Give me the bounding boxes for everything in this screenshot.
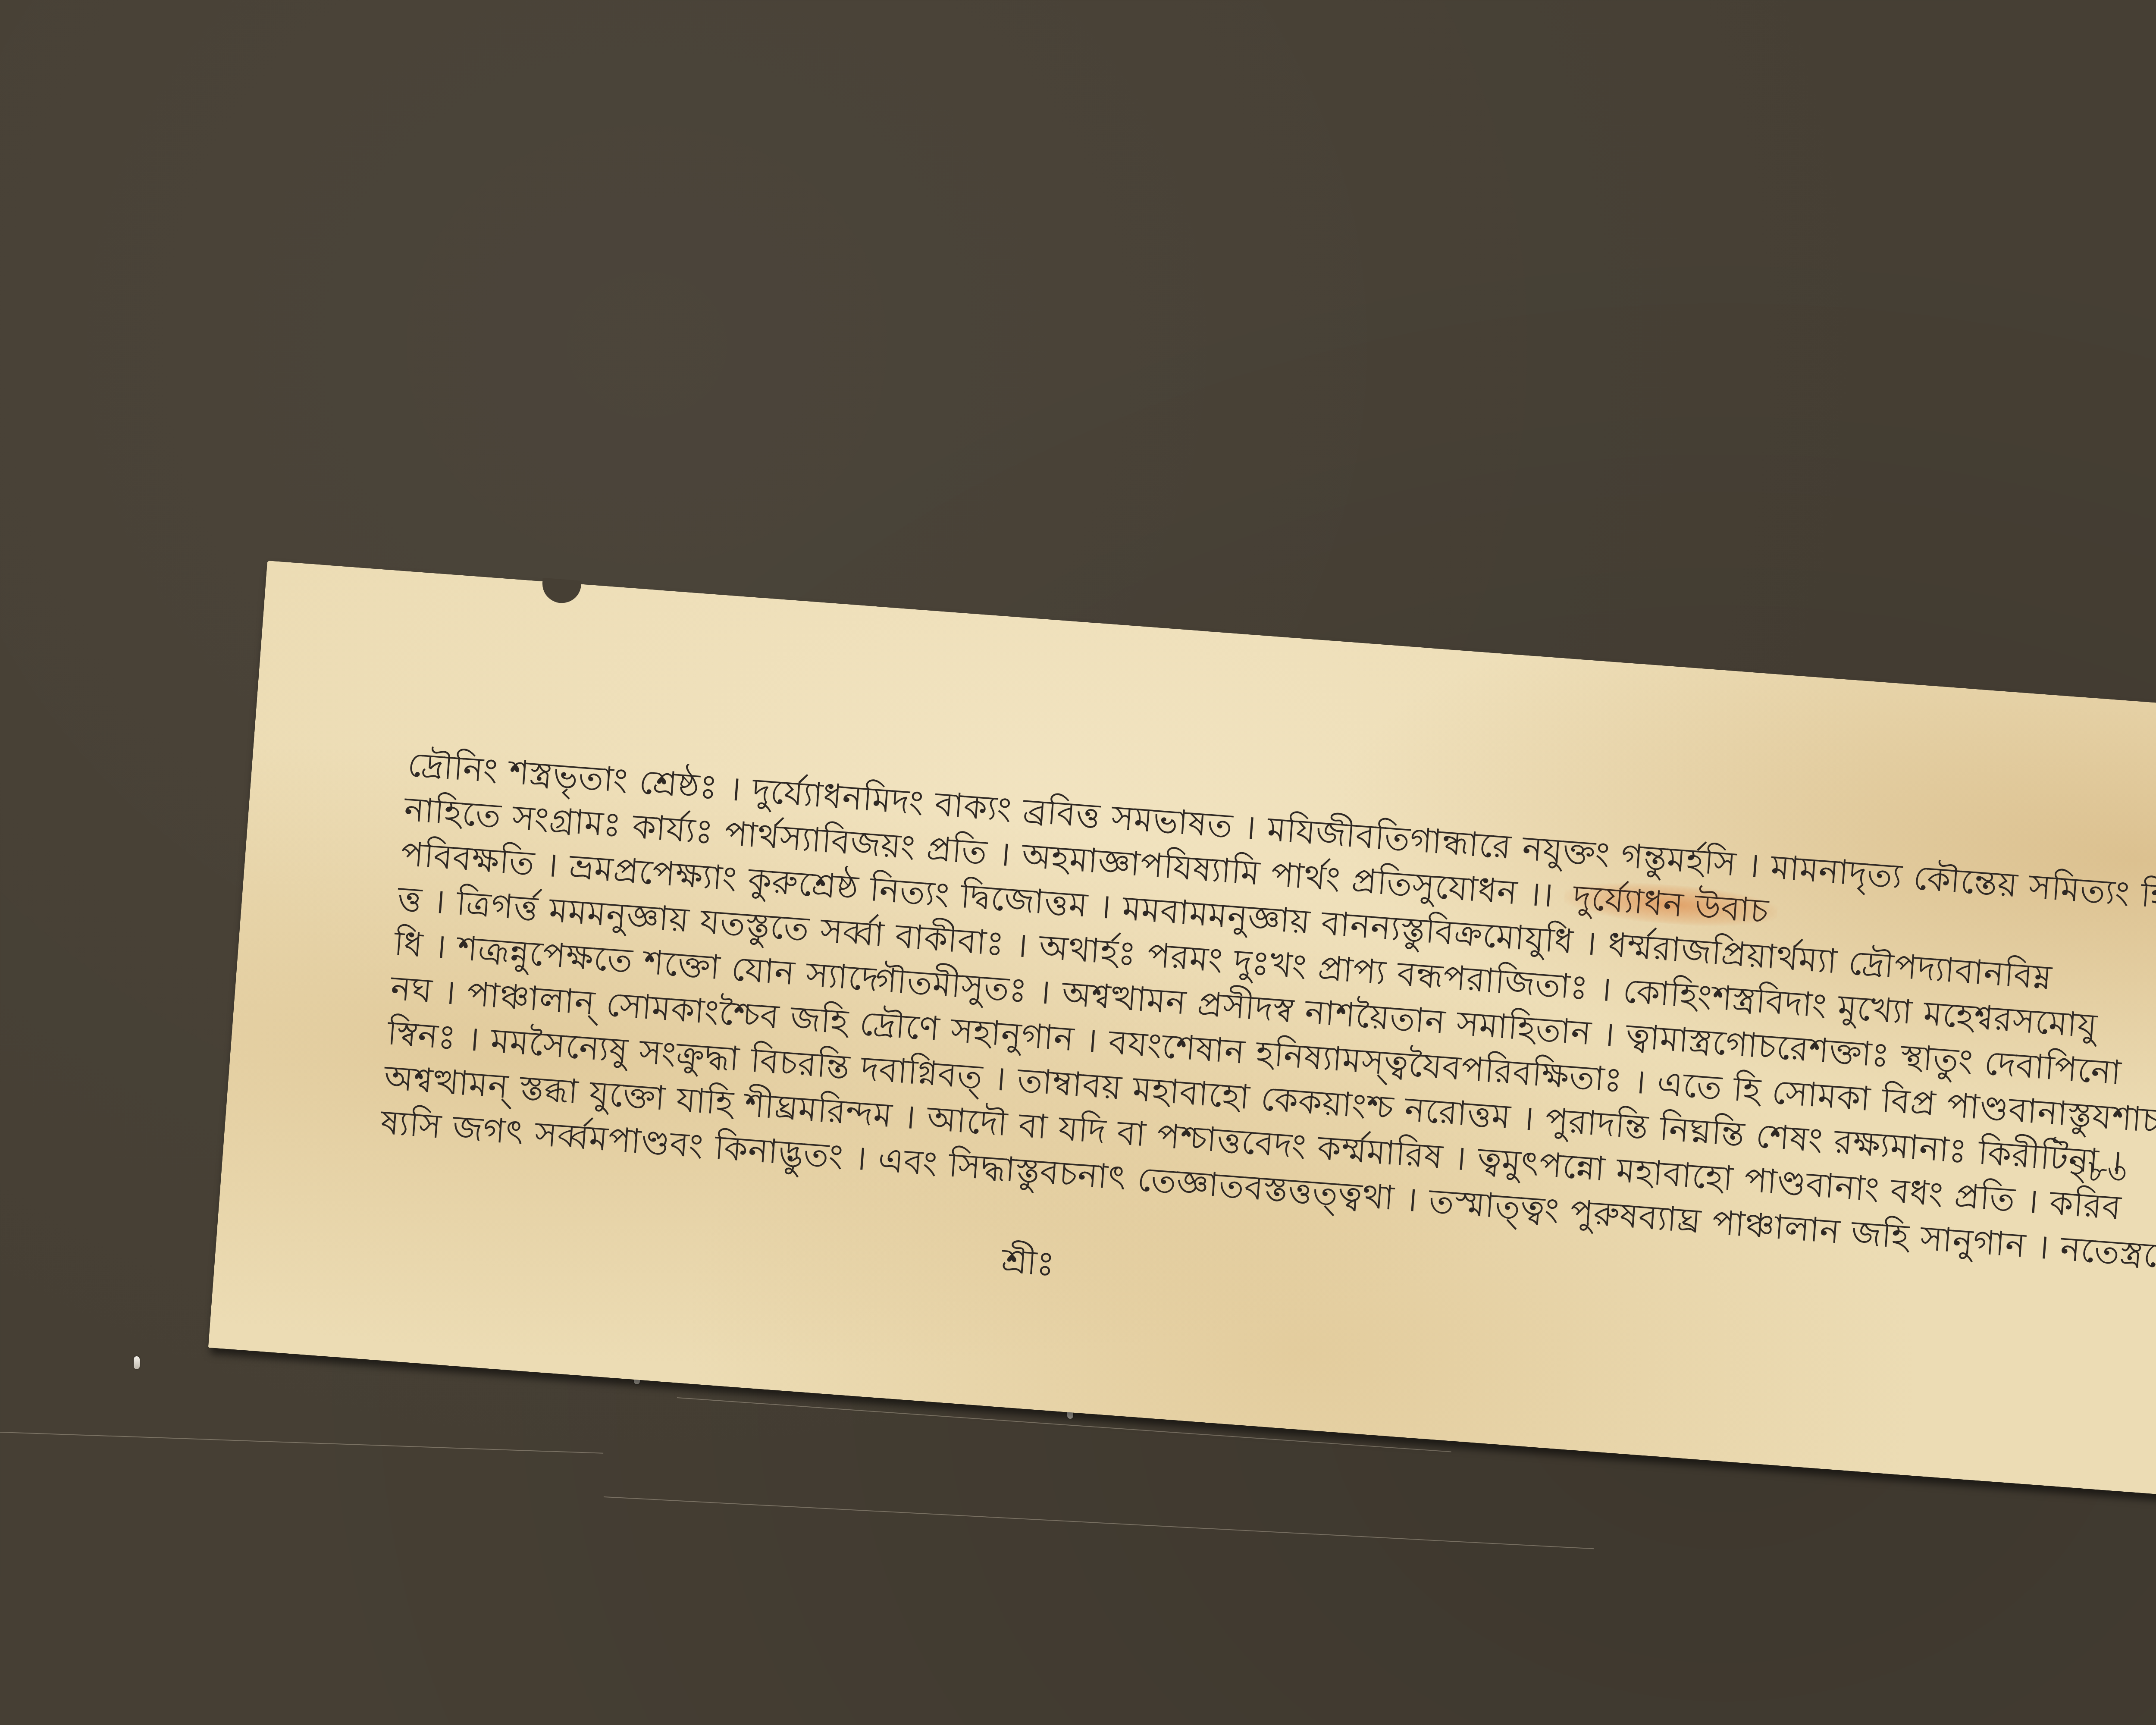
folio-number: ২৮৩ — [2066, 1146, 2128, 1201]
manuscript-text: দ্রৌনিং শস্ত্রভৃতাং শ্রেষ্ঠঃ । দুর্য্যোধ… — [379, 742, 2065, 1269]
board-thread — [0, 1432, 603, 1454]
mounting-pin — [134, 1356, 140, 1369]
torn-edge — [541, 578, 582, 605]
footer-mark: শ্রীঃ — [1000, 1234, 1056, 1294]
board-thread — [604, 1496, 1594, 1549]
manuscript-leaf: দ্রৌনিং শস্ত্রভৃতাং শ্রেষ্ঠঃ । দুর্য্যোধ… — [208, 561, 2156, 1496]
